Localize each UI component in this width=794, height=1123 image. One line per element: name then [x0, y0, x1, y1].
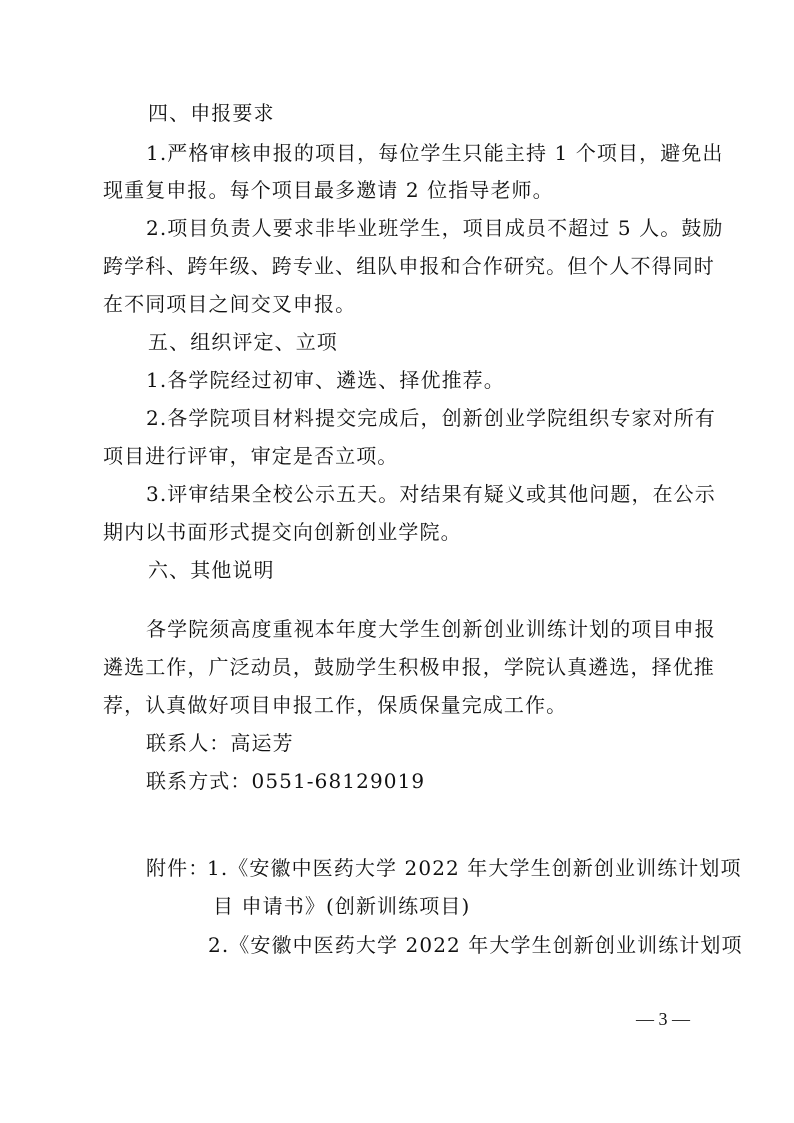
attachment-item-2: 2.《安徽中医药大学 2022 年大学生创新创业训练计划项 — [208, 933, 711, 957]
paragraph-line: 各学院须高度重视本年度大学生创新创业训练计划的项目申报 — [146, 617, 711, 641]
paragraph-line: 现重复申报。每个项目最多邀请 2 位指导老师。 — [103, 178, 554, 202]
paragraph-line: 2.项目负责人要求非毕业班学生，项目成员不超过 5 人。鼓励 — [146, 216, 711, 240]
contact-person: 联系人：高运芳 — [146, 731, 294, 755]
attachment-item-1-cont: 目 申请书》(创新训练项目) — [213, 894, 470, 918]
paragraph-line: 跨学科、跨年级、跨专业、组队申报和合作研究。但个人不得同时 — [103, 254, 711, 278]
paragraph-line: 1.各学院经过初审、遴选、择优推荐。 — [146, 368, 505, 392]
section-heading-6: 六、其他说明 — [148, 558, 275, 582]
paragraph-line: 期内以书面形式提交向创新创业学院。 — [103, 520, 462, 544]
paragraph-line: 3.评审结果全校公示五天。对结果有疑义或其他问题，在公示 — [146, 482, 711, 506]
paragraph-line: 2.各学院项目材料提交完成后，创新创业学院组织专家对所有 — [146, 406, 711, 430]
section-heading-4: 四、申报要求 — [148, 101, 275, 125]
attachments-label: 附件： — [146, 856, 209, 880]
paragraph-line: 荐，认真做好项目申报工作，保质保量完成工作。 — [103, 693, 567, 717]
page-number: — 3 — — [636, 1008, 690, 1030]
section-heading-5: 五、组织评定、立项 — [148, 330, 338, 354]
paragraph-line: 项目进行评审，审定是否立项。 — [103, 444, 398, 468]
paragraph-line: 1.严格审核申报的项目，每位学生只能主持 1 个项目，避免出 — [146, 141, 711, 165]
document-page: 四、申报要求 1.严格审核申报的项目，每位学生只能主持 1 个项目，避免出 现重… — [0, 0, 794, 1123]
contact-phone: 联系方式：0551-68129019 — [146, 769, 425, 793]
paragraph-line: 遴选工作，广泛动员，鼓励学生积极申报，学院认真遴选，择优推 — [103, 655, 711, 679]
paragraph-line: 在不同项目之间交叉申报。 — [103, 292, 356, 316]
attachment-item-1: 1.《安徽中医药大学 2022 年大学生创新创业训练计划项 — [207, 856, 711, 880]
